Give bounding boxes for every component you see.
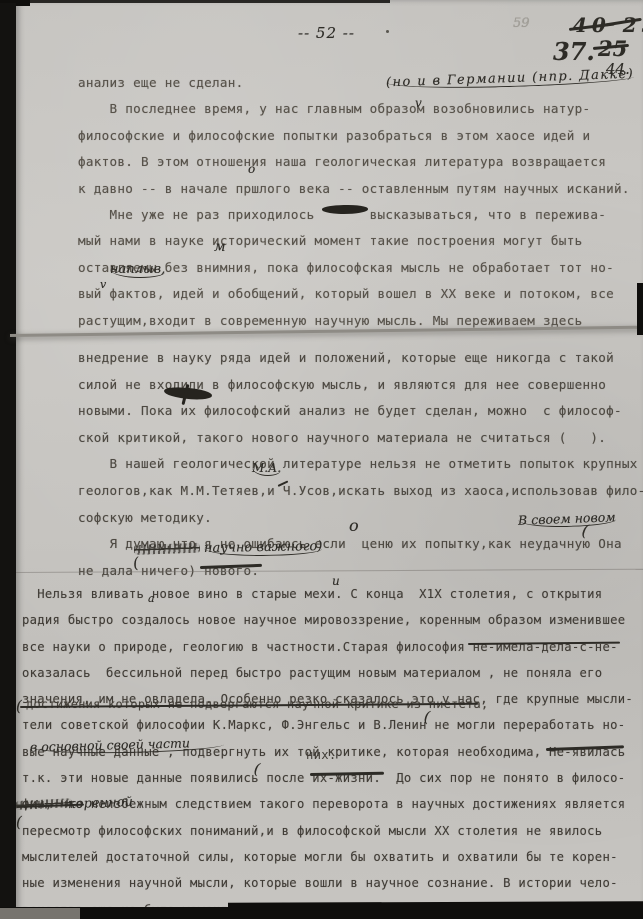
typed-line: В нашей геологической литературе нельзя …	[78, 451, 643, 478]
handwritten-letter-i: и	[332, 574, 340, 588]
typed-line: мыслителей достаточной силы, которые мог…	[22, 844, 633, 870]
typed-line: новыми. Пока их философский анализ не бу…	[78, 398, 643, 425]
insertion-paren: (	[16, 813, 22, 831]
typed-line: В последнее время, у нас главным образом…	[78, 96, 630, 122]
ink-dot	[386, 30, 389, 33]
typed-line: радия быстро создалось новое научное мир…	[22, 607, 633, 633]
typed-line: философские и философские попытки разобр…	[78, 123, 630, 149]
typed-line: Нельзя вливать новое вино в старые мехи.…	[22, 581, 633, 607]
typed-line: фактов. В этом отношения наша геологичес…	[78, 149, 630, 175]
handwritten-insertion-naplyv: наплыв,	[110, 262, 165, 278]
insertion-caret: v	[415, 96, 422, 110]
scan-mark-right	[637, 283, 643, 335]
typed-correction-nikh: них.	[306, 748, 337, 762]
revision-number: 37.	[553, 37, 595, 66]
typed-paragraphs-top: анализ еще не сделан. В последнее время,…	[78, 70, 630, 334]
typed-line: тели советской философии К.Маркс, Ф.Энге…	[22, 712, 633, 738]
typed-line: все науки о природе, геологию в частност…	[22, 634, 633, 660]
typed-line: оказалась бессильной перед быстро растущ…	[22, 660, 633, 686]
handwritten-letter-o: о	[349, 516, 359, 535]
typed-line: мый нами в науке исторический момент так…	[78, 228, 630, 254]
typed-line: к давно -- в начале пршлого века -- оста…	[78, 176, 630, 202]
handwritten-letter-a: а	[148, 592, 155, 605]
typed-line: ные изменения научной мысли, которые вош…	[22, 870, 633, 896]
typed-line: пересмотр философских пониманий,и в фило…	[22, 818, 633, 844]
scan-edge-bottom-gray	[0, 908, 80, 919]
typed-line: геологов,как М.М.Тетяев,и Ч.Усов,искать …	[78, 478, 643, 505]
scanned-typescript-page: { "margin": { "pencil_number": "59", "cr…	[0, 0, 643, 919]
typed-line: силой не входили в философскую мысль, и …	[78, 372, 643, 399]
handwritten-initials-ma: М.А.	[252, 461, 281, 476]
paper: 59 40 23 37. 25 44. -- 52 -- анализ еще …	[16, 0, 643, 919]
insertion-caret: v	[100, 278, 106, 291]
typed-line: ской критикой, такого нового научного ма…	[78, 425, 643, 452]
scan-edge-top	[0, 0, 390, 3]
typed-line: вый фактов, идей и обобщений, который во…	[78, 281, 630, 307]
handwritten-letter-o: о	[248, 162, 255, 176]
typed-line: т.к. эти новые данные появились после их…	[22, 765, 633, 791]
handwritten-letter-m: м	[214, 239, 226, 255]
scan-edge-bottom-bump	[228, 901, 643, 910]
page-number: -- 52 --	[298, 24, 355, 42]
scan-corner	[16, 0, 30, 6]
typed-line: внедрение в науку ряда идей и положений,…	[78, 345, 643, 372]
pencil-number: 59	[513, 16, 530, 31]
